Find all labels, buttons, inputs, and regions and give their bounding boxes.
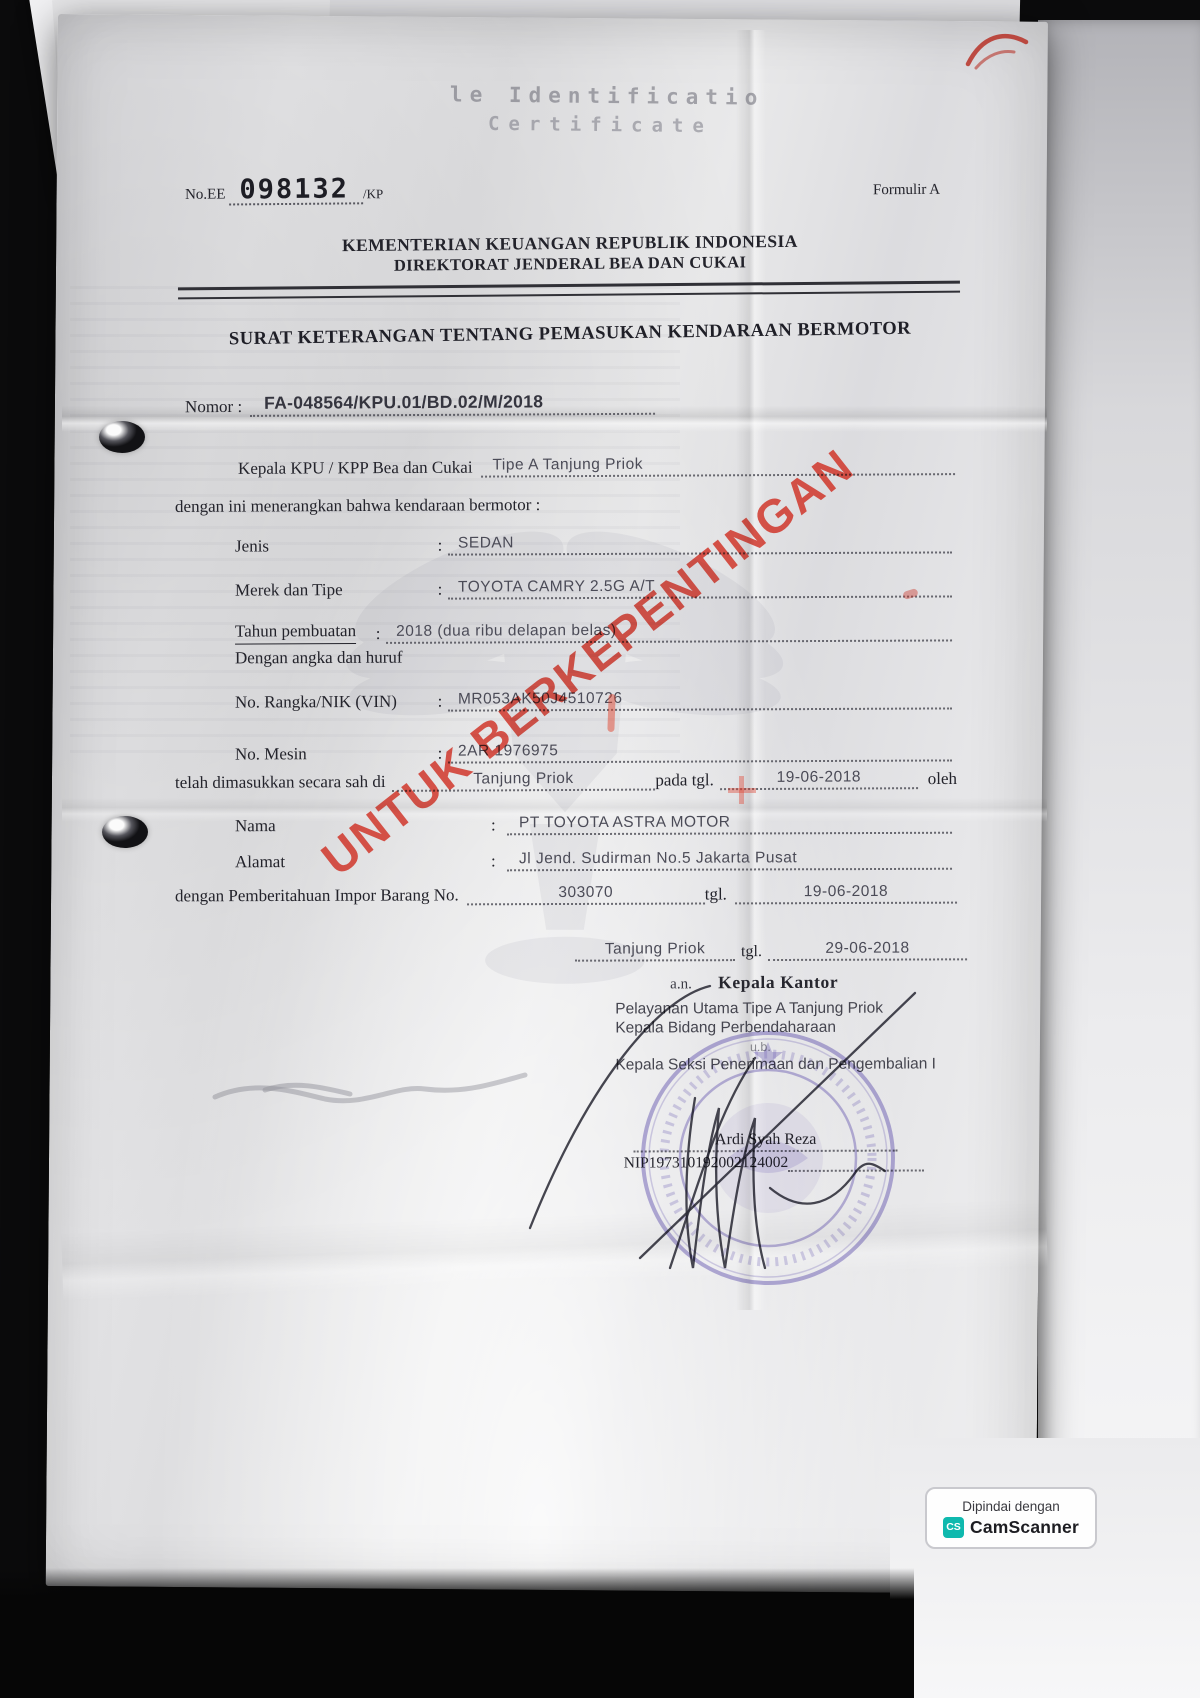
field-label: No. Mesin — [235, 744, 432, 765]
ministry-header: KEMENTERIAN KEUANGAN REPUBLIK INDONESIA … — [180, 229, 960, 277]
punch-hole-bottom — [102, 816, 148, 848]
field-label: Merek dan Tipe — [235, 580, 432, 601]
scan-bottom-light-area — [890, 1438, 1200, 1698]
field-value: SEDAN — [458, 534, 514, 551]
field-label: Tahun pembuatan — [235, 621, 356, 645]
handwritten-signature — [470, 938, 950, 1278]
entry-prefix: telah dimasukkan secara sah di — [175, 772, 392, 793]
red-stamp-cross-v — [739, 776, 744, 804]
pib-no-value: 303070 — [558, 884, 613, 901]
ghost-typed-text-line2: Certificate — [488, 113, 713, 137]
no-ee-suffix: /KP — [363, 186, 383, 204]
no-ee-label: No.EE — [185, 187, 226, 206]
field-label: Jenis — [235, 536, 432, 557]
entry-suffix: oleh — [918, 769, 957, 789]
scan-bottom-shadow — [0, 1568, 914, 1698]
pencil-scribble — [205, 1052, 535, 1122]
colon: : — [491, 851, 507, 871]
nomor-value: FA-048564/KPU.01/BD.02/M/2018 — [264, 391, 543, 412]
camscanner-icon: CS — [943, 1517, 964, 1538]
red-pen-mark — [962, 24, 1032, 74]
colon: : — [432, 536, 448, 556]
entry-tgl-label: pada tgl. — [655, 770, 720, 790]
pib-tgl-value: 19-06-2018 — [804, 883, 888, 900]
scanned-document-photo: le Identificatio Certificate No.EE 09813… — [0, 0, 1200, 1698]
camscanner-caption: Dipindai dengan — [962, 1499, 1060, 1514]
kepala-kpu-label: Kepala KPU / KPP Bea dan Cukai — [238, 458, 473, 479]
alamat-value: Jl Jend. Sudirman No.5 Jakarta Pusat — [519, 849, 797, 867]
ghost-typed-text-line1: le Identificatio — [450, 82, 765, 109]
document-number-stamp: No.EE 098132 /KP — [185, 175, 383, 206]
nomor-label: Nomor : — [185, 397, 242, 417]
menerangkan-text: dengan ini menerangkan bahwa kendaraan b… — [175, 495, 540, 517]
field-sublabel: Dengan angka dan huruf — [235, 648, 403, 669]
colon: : — [491, 815, 507, 835]
camscanner-brand: CamScanner — [970, 1517, 1079, 1538]
colon: : — [432, 692, 448, 712]
pib-row: dengan Pemberitahuan Impor Barang No. 30… — [175, 881, 957, 907]
pib-label: dengan Pemberitahuan Impor Barang No. — [175, 885, 467, 906]
field-row-jenis: Jenis : SEDAN — [235, 530, 952, 556]
entry-statement-row: telah dimasukkan secara sah di Tanjung P… — [175, 766, 957, 793]
nomor-row: Nomor : FA-048564/KPU.01/BD.02/M/2018 — [185, 391, 655, 417]
field-row-merek: Merek dan Tipe : TOYOTA CAMRY 2.5G A/T — [235, 574, 952, 600]
kepala-kpu-value: Tipe A Tanjung Priok — [492, 456, 643, 474]
camscanner-badge: Dipindai dengan CS CamScanner — [925, 1487, 1097, 1549]
camscanner-brand-row: CS CamScanner — [943, 1517, 1079, 1538]
field-value: TOYOTA CAMRY 2.5G A/T — [458, 578, 655, 596]
formulir-label: Formulir A — [873, 182, 940, 199]
field-label: No. Rangka/NIK (VIN) — [235, 692, 432, 713]
punch-hole-top — [99, 421, 145, 453]
nama-value: PT TOYOTA ASTRA MOTOR — [519, 814, 731, 832]
colon: : — [432, 580, 448, 600]
entry-tgl-value: 19-06-2018 — [777, 768, 861, 785]
red-stamp-smudge — [607, 694, 615, 732]
pib-tgl-label: tgl. — [705, 884, 735, 904]
colon: : — [370, 624, 386, 644]
no-ee-value: 098132 — [229, 175, 363, 205]
field-row-mesin: No. Mesin : 2AR 1976975 — [235, 738, 952, 764]
